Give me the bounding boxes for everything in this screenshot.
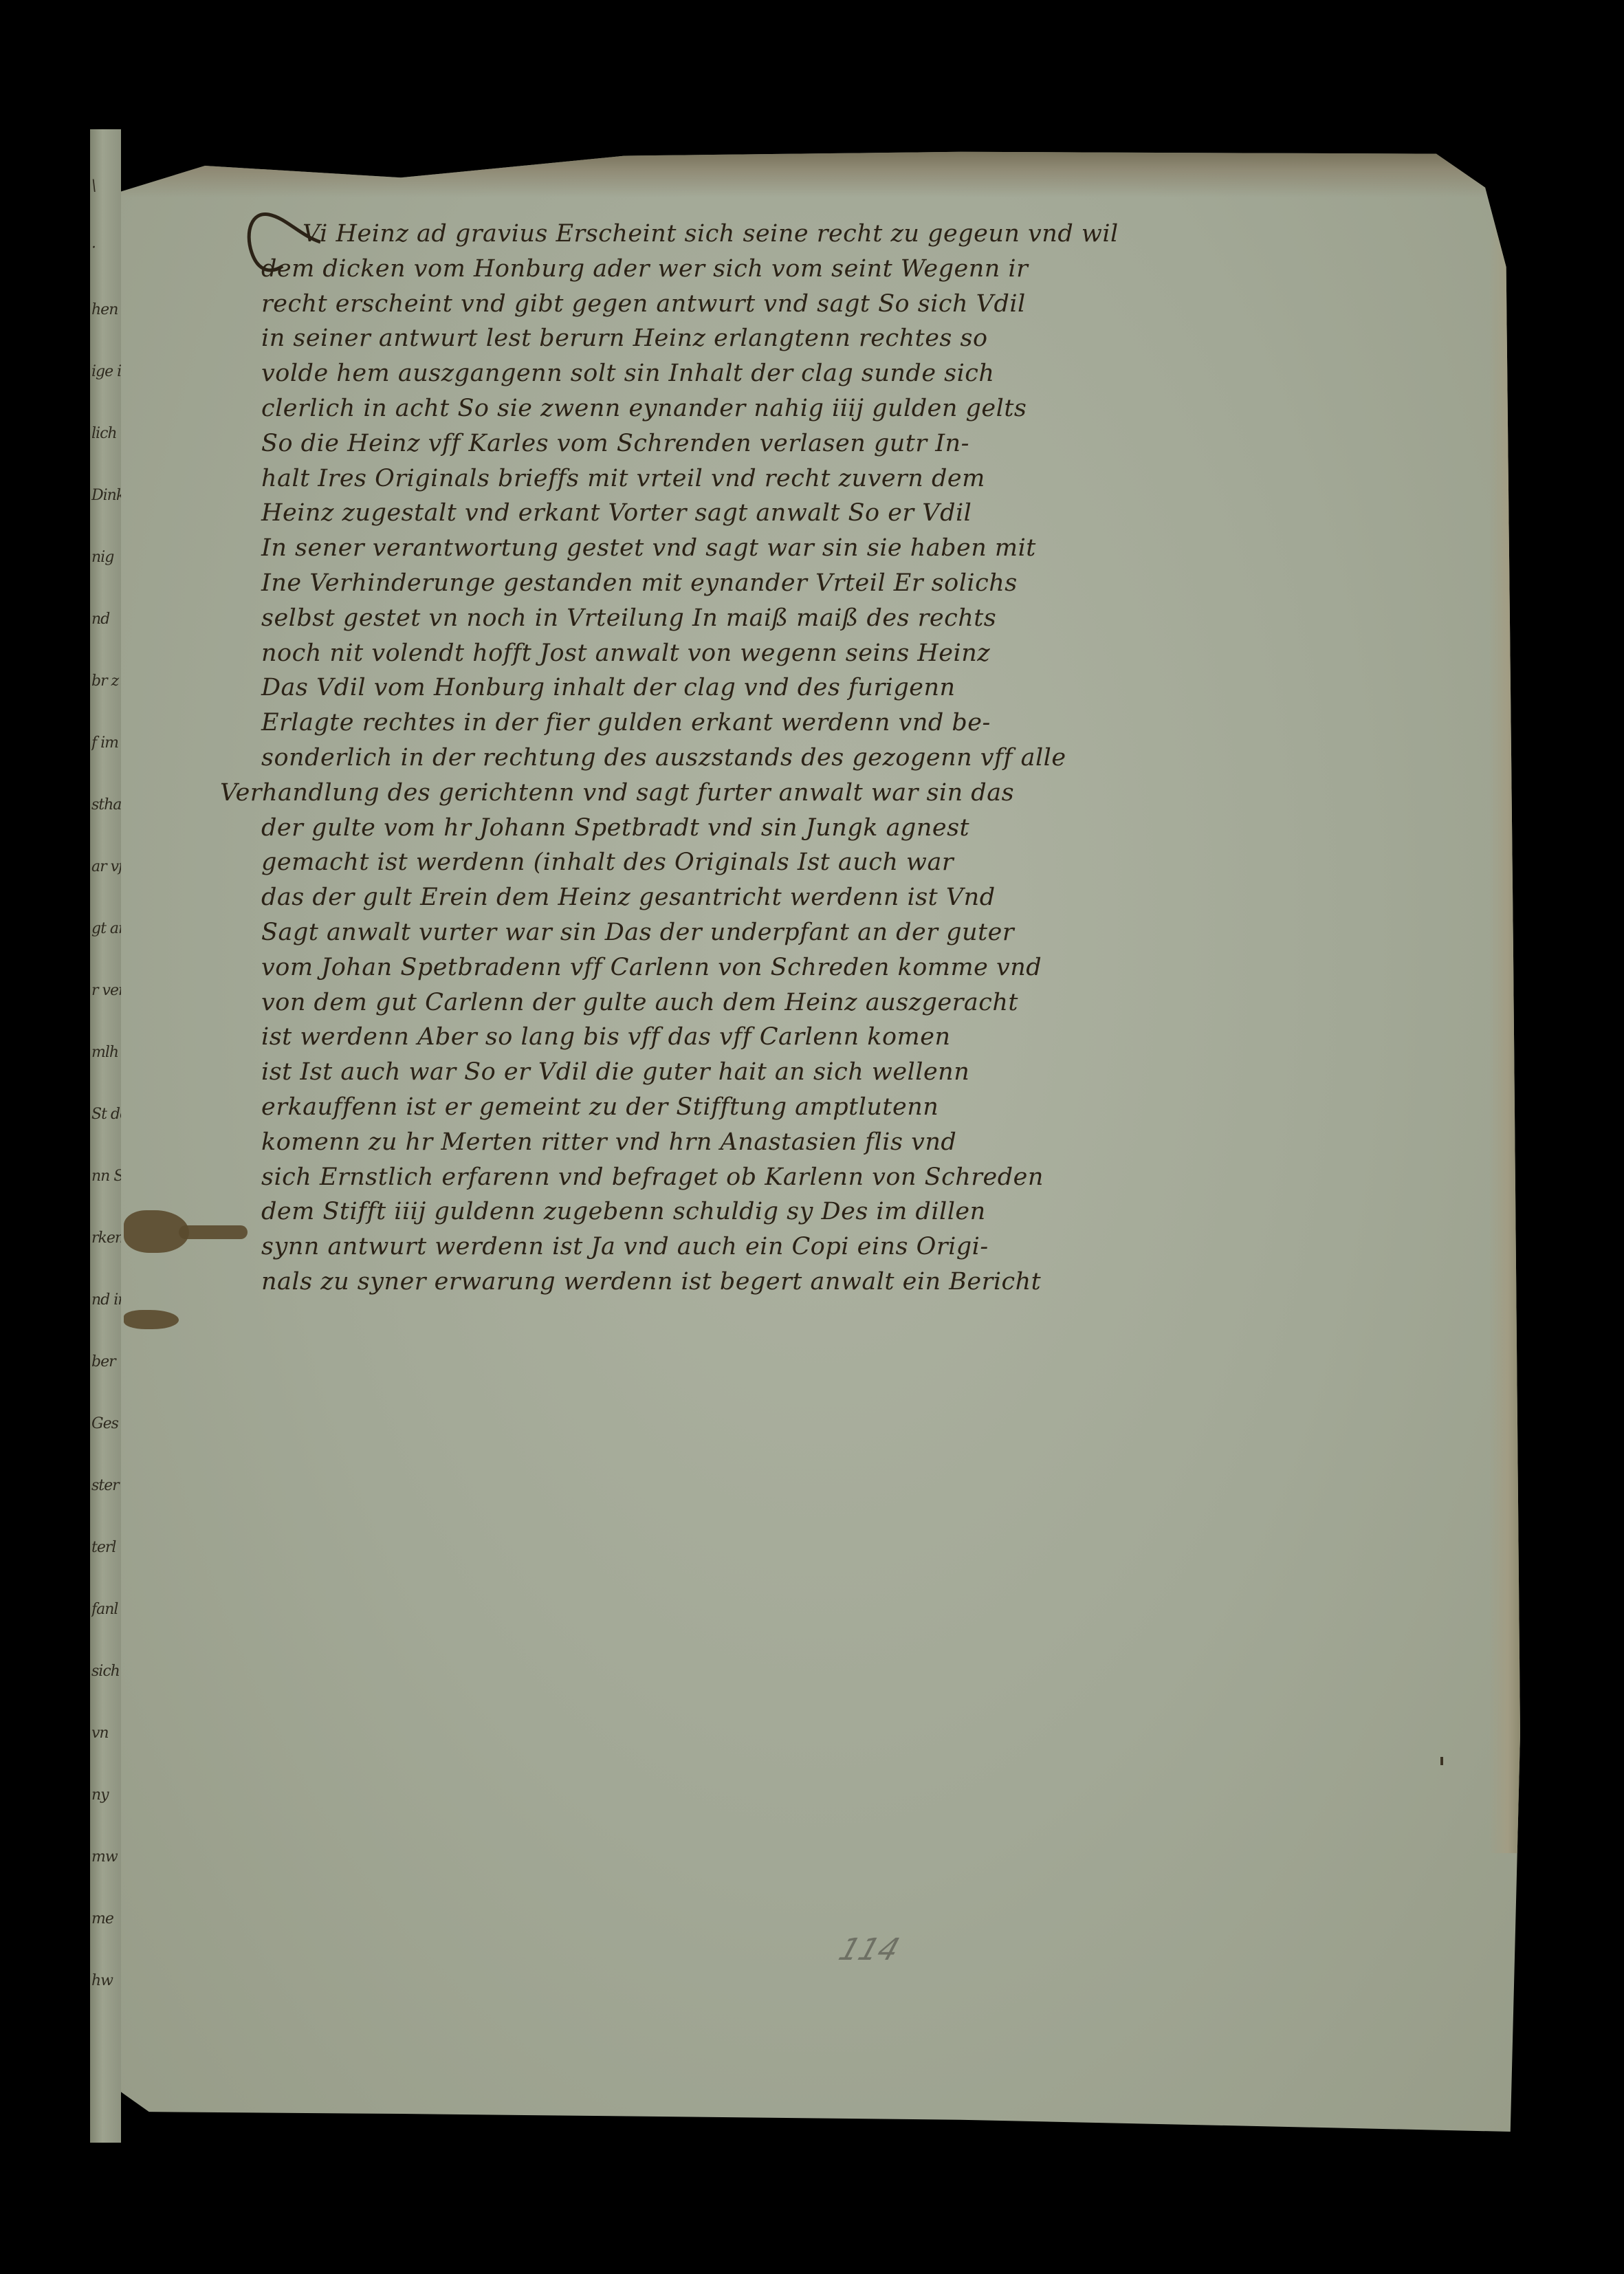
- margin-fragment: mw: [91, 1848, 122, 1866]
- manuscript-line: synn antwurt werdenn ist Ja vnd auch ein…: [261, 1229, 1485, 1265]
- margin-fragment: f im: [91, 734, 122, 752]
- manuscript-line: ist werdenn Aber so lang bis vff das vff…: [261, 1020, 1485, 1055]
- margin-fragment: me: [91, 1910, 122, 1928]
- margin-fragment: gt an: [91, 920, 122, 938]
- manuscript-line: erkauffenn ist er gemeint zu der Stifftu…: [261, 1090, 1485, 1125]
- manuscript-line: selbst gestet vn noch in Vrteilung In ma…: [261, 601, 1485, 636]
- margin-fragment: ar vff: [91, 858, 122, 876]
- manuscript-line: Vi Heinz ad gravius Erscheint sich seine…: [261, 217, 1485, 252]
- main-text-block: Vi Heinz ad gravius Erscheint sich seine…: [261, 217, 1485, 1300]
- manuscript-line: So die Heinz vff Karles vom Schrenden ve…: [261, 426, 1485, 461]
- margin-fragment: r ver: [91, 982, 122, 1000]
- manuscript-line: komenn zu hr Merten ritter vnd hrn Anast…: [261, 1125, 1485, 1160]
- margin-fragment: ny: [91, 1786, 122, 1804]
- margin-fragment: ige ih: [91, 363, 122, 381]
- manuscript-line: noch nit volendt hofft Jost anwalt von w…: [261, 636, 1485, 671]
- manuscript-line: in seiner antwurt lest berurn Heinz erla…: [261, 321, 1485, 356]
- manuscript-line: Heinz zugestalt vnd erkant Vorter sagt a…: [261, 496, 1485, 531]
- manuscript-line: volde hem auszgangenn solt sin Inhalt de…: [261, 356, 1485, 391]
- margin-fragment: St de: [91, 1106, 122, 1124]
- margin-fragment: hen: [91, 301, 122, 319]
- right-page-edge: [1489, 162, 1520, 1853]
- manuscript-line: Sagt anwalt vurter war sin Das der under…: [261, 915, 1485, 950]
- margin-fragment: hw: [91, 1972, 122, 1990]
- ink-stain-tail: [179, 1225, 248, 1239]
- margin-fragment: mlh: [91, 1044, 122, 1062]
- manuscript-line: gemacht ist werdenn (inhalt des Original…: [261, 845, 1485, 880]
- manuscript-line: nals zu syner erwarung werdenn ist beger…: [261, 1265, 1485, 1300]
- facing-page-edge: \·henige ihlichDinknigndbr zf imsthalar …: [90, 129, 121, 2143]
- folio-number: 114: [835, 1932, 904, 1967]
- margin-fragment: ber: [91, 1353, 122, 1371]
- margin-fragment: terl: [91, 1539, 122, 1557]
- manuscript-line: dem dicken vom Honburg ader wer sich vom…: [261, 252, 1485, 287]
- manuscript-line: sonderlich in der rechtung des auszstand…: [261, 741, 1485, 776]
- margin-fragment: Dink: [91, 487, 122, 505]
- margin-fragment: Ges: [91, 1415, 122, 1433]
- manuscript-line: das der gult Erein dem Heinz gesantricht…: [261, 880, 1485, 915]
- margin-fragment: nn S: [91, 1168, 122, 1185]
- manuscript-line: In sener verantwortung gestet vnd sagt w…: [261, 531, 1485, 566]
- ink-stain-small: [124, 1310, 179, 1329]
- margin-fragment: nig: [91, 549, 122, 567]
- manuscript-line: halt Ires Originals brieffs mit vrteil v…: [261, 461, 1485, 496]
- ink-speck: [1440, 1757, 1443, 1765]
- margin-fragment: \: [91, 177, 122, 195]
- margin-fragment: sthal: [91, 796, 122, 814]
- margin-fragment: nd: [91, 611, 122, 628]
- margin-fragment: fanl: [91, 1601, 122, 1619]
- manuscript-line: Erlagte rechtes in der fier gulden erkan…: [261, 706, 1485, 741]
- margin-fragment: ster: [91, 1477, 122, 1495]
- margin-fragment: vn: [91, 1725, 122, 1742]
- manuscript-line: vom Johan Spetbradenn vff Carlenn von Sc…: [261, 950, 1485, 985]
- margin-fragment: ·: [91, 239, 122, 257]
- manuscript-line: clerlich in acht So sie zwenn eynander n…: [261, 391, 1485, 426]
- manuscript-line: der gulte vom hr Johann Spetbradt vnd si…: [261, 811, 1485, 846]
- manuscript-line: recht erscheint vnd gibt gegen antwurt v…: [261, 287, 1485, 322]
- manuscript-line: sich Ernstlich erfarenn vnd befraget ob …: [261, 1160, 1485, 1195]
- margin-fragment: rkem: [91, 1229, 122, 1247]
- manuscript-line: dem Stifft iiij guldenn zugebenn schuldi…: [261, 1194, 1485, 1229]
- manuscript-line: Ine Verhinderunge gestanden mit eynander…: [261, 566, 1485, 601]
- margin-fragment: sich: [91, 1663, 122, 1681]
- manuscript-line: ist Ist auch war So er Vdil die guter ha…: [261, 1055, 1485, 1090]
- manuscript-line: Verhandlung des gerichtenn vnd sagt furt…: [220, 776, 1485, 811]
- manuscript-line: von dem gut Carlenn der gulte auch dem H…: [261, 985, 1485, 1020]
- manuscript-line: Das Vdil vom Honburg inhalt der clag vnd…: [261, 670, 1485, 706]
- top-edge-damage: [121, 148, 1520, 197]
- margin-fragment: lich: [91, 425, 122, 443]
- margin-fragment: nd in: [91, 1291, 122, 1309]
- margin-fragment: br z: [91, 673, 122, 690]
